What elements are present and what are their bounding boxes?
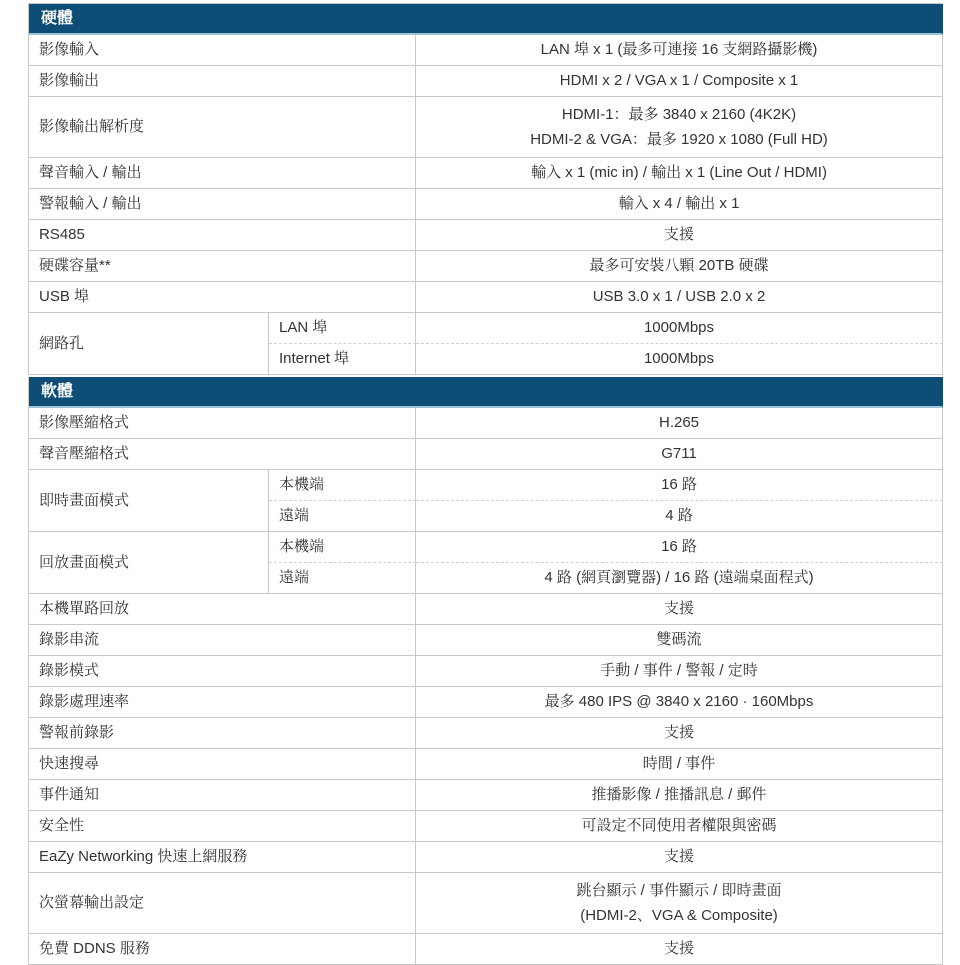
value-record-mode: 手動 / 事件 / 警報 / 定時 <box>416 656 943 687</box>
value-rs485: 支援 <box>416 220 943 251</box>
value-audio-in-out: 輸入 x 1 (mic in) / 輸出 x 1 (Line Out / HDM… <box>416 158 943 189</box>
row-sub-screen-output: 次螢幕輸出設定 跳台顯示 / 事件顯示 / 即時畫面 (HDMI-2、VGA &… <box>29 873 943 934</box>
label-pre-alarm-record: 警報前錄影 <box>29 718 416 749</box>
hardware-section-header-row: 硬體 <box>29 4 943 35</box>
label-local-single-playback: 本機單路回放 <box>29 594 416 625</box>
value-eazy-networking: 支援 <box>416 842 943 873</box>
sublabel-playback-local: 本機端 <box>269 532 416 563</box>
value-line-sub-screen-outputs: (HDMI-2、VGA & Composite) <box>426 903 932 928</box>
row-live-view-local: 即時畫面模式 本機端 16 路 <box>29 470 943 501</box>
value-video-output-resolution: HDMI-1：最多 3840 x 2160 (4K2K) HDMI-2 & VG… <box>416 97 943 158</box>
row-record-stream: 錄影串流 雙碼流 <box>29 625 943 656</box>
software-section-header-row: 軟體 <box>29 377 943 408</box>
label-rs485: RS485 <box>29 220 416 251</box>
value-video-compression: H.265 <box>416 408 943 439</box>
label-record-rate: 錄影處理速率 <box>29 687 416 718</box>
sublabel-lan-port: LAN 埠 <box>269 313 416 344</box>
value-free-ddns: 支援 <box>416 934 943 965</box>
label-quick-search: 快速搜尋 <box>29 749 416 780</box>
value-line-hdmi1: HDMI-1：最多 3840 x 2160 (4K2K) <box>426 102 932 127</box>
row-audio-in-out: 聲音輸入 / 輸出 輸入 x 1 (mic in) / 輸出 x 1 (Line… <box>29 158 943 189</box>
value-alarm-in-out: 輸入 x 4 / 輸出 x 1 <box>416 189 943 220</box>
row-audio-compression: 聲音壓縮格式 G711 <box>29 439 943 470</box>
row-playback-local: 回放畫面模式 本機端 16 路 <box>29 532 943 563</box>
label-playback-mode: 回放畫面模式 <box>29 532 269 594</box>
value-video-output: HDMI x 2 / VGA x 1 / Composite x 1 <box>416 66 943 97</box>
value-playback-local: 16 路 <box>416 532 943 563</box>
label-network-ports: 網路孔 <box>29 313 269 375</box>
value-sub-screen-output: 跳台顯示 / 事件顯示 / 即時畫面 (HDMI-2、VGA & Composi… <box>416 873 943 934</box>
sublabel-internet-port: Internet 埠 <box>269 344 416 375</box>
label-security: 安全性 <box>29 811 416 842</box>
sublabel-playback-remote: 遠端 <box>269 563 416 594</box>
row-free-ddns: 免費 DDNS 服務 支援 <box>29 934 943 965</box>
row-local-single-playback: 本機單路回放 支援 <box>29 594 943 625</box>
row-usb-ports: USB 埠 USB 3.0 x 1 / USB 2.0 x 2 <box>29 282 943 313</box>
label-alarm-in-out: 警報輸入 / 輸出 <box>29 189 416 220</box>
row-network-ports-lan: 網路孔 LAN 埠 1000Mbps <box>29 313 943 344</box>
value-event-notification: 推播影像 / 推播訊息 / 郵件 <box>416 780 943 811</box>
label-video-compression: 影像壓縮格式 <box>29 408 416 439</box>
row-video-output-resolution: 影像輸出解析度 HDMI-1：最多 3840 x 2160 (4K2K) HDM… <box>29 97 943 158</box>
spec-sheet: 硬體 影像輸入 LAN 埠 x 1 (最多可連接 16 支網路攝影機) 影像輸出… <box>28 3 942 965</box>
row-eazy-networking: EaZy Networking 快速上網服務 支援 <box>29 842 943 873</box>
software-section-title: 軟體 <box>29 377 943 408</box>
label-eazy-networking: EaZy Networking 快速上網服務 <box>29 842 416 873</box>
row-record-rate: 錄影處理速率 最多 480 IPS @ 3840 x 2160 · 160Mbp… <box>29 687 943 718</box>
value-audio-compression: G711 <box>416 439 943 470</box>
row-quick-search: 快速搜尋 時間 / 事件 <box>29 749 943 780</box>
value-video-input: LAN 埠 x 1 (最多可連接 16 支網路攝影機) <box>416 35 943 66</box>
value-local-single-playback: 支援 <box>416 594 943 625</box>
row-record-mode: 錄影模式 手動 / 事件 / 警報 / 定時 <box>29 656 943 687</box>
label-sub-screen-output: 次螢幕輸出設定 <box>29 873 416 934</box>
label-record-stream: 錄影串流 <box>29 625 416 656</box>
row-video-compression: 影像壓縮格式 H.265 <box>29 408 943 439</box>
row-video-output: 影像輸出 HDMI x 2 / VGA x 1 / Composite x 1 <box>29 66 943 97</box>
software-spec-table: 軟體 影像壓縮格式 H.265 聲音壓縮格式 G711 即時畫面模式 本機端 1… <box>28 377 943 965</box>
label-record-mode: 錄影模式 <box>29 656 416 687</box>
sublabel-live-view-remote: 遠端 <box>269 501 416 532</box>
value-live-view-remote: 4 路 <box>416 501 943 532</box>
value-internet-port: 1000Mbps <box>416 344 943 375</box>
label-video-output: 影像輸出 <box>29 66 416 97</box>
row-hdd-capacity: 硬碟容量** 最多可安裝八顆 20TB 硬碟 <box>29 251 943 282</box>
value-line-hdmi2-vga: HDMI-2 & VGA：最多 1920 x 1080 (Full HD) <box>426 127 932 152</box>
value-hdd-capacity: 最多可安裝八顆 20TB 硬碟 <box>416 251 943 282</box>
row-alarm-in-out: 警報輸入 / 輸出 輸入 x 4 / 輸出 x 1 <box>29 189 943 220</box>
label-audio-in-out: 聲音輸入 / 輸出 <box>29 158 416 189</box>
value-record-rate: 最多 480 IPS @ 3840 x 2160 · 160Mbps <box>416 687 943 718</box>
value-quick-search: 時間 / 事件 <box>416 749 943 780</box>
row-security: 安全性 可設定不同使用者權限與密碼 <box>29 811 943 842</box>
hardware-section-title: 硬體 <box>29 4 943 35</box>
value-usb-ports: USB 3.0 x 1 / USB 2.0 x 2 <box>416 282 943 313</box>
label-event-notification: 事件通知 <box>29 780 416 811</box>
label-hdd-capacity: 硬碟容量** <box>29 251 416 282</box>
row-rs485: RS485 支援 <box>29 220 943 251</box>
label-video-input: 影像輸入 <box>29 35 416 66</box>
label-audio-compression: 聲音壓縮格式 <box>29 439 416 470</box>
value-lan-port: 1000Mbps <box>416 313 943 344</box>
value-playback-remote: 4 路 (網頁瀏覽器) / 16 路 (遠端桌面程式) <box>416 563 943 594</box>
row-video-input: 影像輸入 LAN 埠 x 1 (最多可連接 16 支網路攝影機) <box>29 35 943 66</box>
label-video-output-resolution: 影像輸出解析度 <box>29 97 416 158</box>
value-security: 可設定不同使用者權限與密碼 <box>416 811 943 842</box>
label-free-ddns: 免費 DDNS 服務 <box>29 934 416 965</box>
label-usb-ports: USB 埠 <box>29 282 416 313</box>
value-live-view-local: 16 路 <box>416 470 943 501</box>
label-live-view-mode: 即時畫面模式 <box>29 470 269 532</box>
value-pre-alarm-record: 支援 <box>416 718 943 749</box>
hardware-spec-table: 硬體 影像輸入 LAN 埠 x 1 (最多可連接 16 支網路攝影機) 影像輸出… <box>28 3 943 375</box>
row-pre-alarm-record: 警報前錄影 支援 <box>29 718 943 749</box>
value-line-sub-screen-modes: 跳台顯示 / 事件顯示 / 即時畫面 <box>426 878 932 903</box>
sublabel-live-view-local: 本機端 <box>269 470 416 501</box>
value-record-stream: 雙碼流 <box>416 625 943 656</box>
row-event-notification: 事件通知 推播影像 / 推播訊息 / 郵件 <box>29 780 943 811</box>
